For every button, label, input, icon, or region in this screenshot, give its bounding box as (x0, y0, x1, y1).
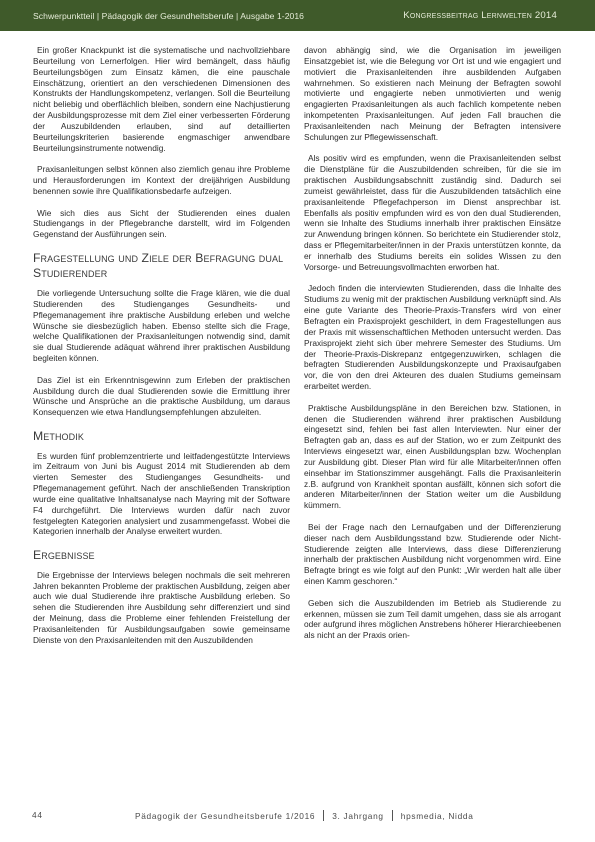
paragraph: Geben sich die Auszubildenden im Betrieb… (304, 598, 561, 641)
page-number: 44 (32, 810, 43, 820)
header-section-label: Schwerpunktteil | Pädagogik der Gesundhe… (33, 11, 304, 21)
paragraph: Das Ziel ist ein Erkenntnisgewinn zum Er… (33, 375, 290, 418)
paragraph: davon abhängig sind, wie die Organisatio… (304, 45, 561, 143)
footer-citation: Pädagogik der Gesundheitsberufe 1/2016 3… (135, 810, 474, 821)
paragraph: Praxisanleitungen selbst können also zie… (33, 164, 290, 197)
right-column: davon abhängig sind, wie die Organisatio… (304, 45, 561, 797)
paragraph: Die vorliegende Untersuchung sollte die … (33, 288, 290, 364)
footer-journal: Pädagogik der Gesundheitsberufe 1/2016 (135, 811, 315, 821)
paragraph: Es wurden fünf problemzentrierte und lei… (33, 451, 290, 538)
left-column: Ein großer Knackpunkt ist die systematis… (33, 45, 290, 797)
paragraph: Als positiv wird es empfunden, wenn die … (304, 153, 561, 272)
header-series-label: Kongressbeitrag Lernwelten 2014 (403, 10, 557, 21)
section-heading-methodik: Methodik (33, 429, 290, 445)
section-heading-fragestellung: Fragestellung und Ziele der Befragung du… (33, 251, 290, 282)
paragraph: Jedoch finden die interviewten Studieren… (304, 283, 561, 391)
paragraph: Die Ergebnisse der Interviews belegen no… (33, 570, 290, 646)
footer-volume: 3. Jahrgang (332, 811, 384, 821)
article-body: Ein großer Knackpunkt ist die systematis… (33, 45, 561, 797)
footer-divider (323, 810, 324, 821)
running-header: Schwerpunktteil | Pädagogik der Gesundhe… (0, 0, 595, 31)
paragraph: Praktische Ausbildungspläne in den Berei… (304, 403, 561, 511)
paragraph: Wie sich dies aus Sicht der Studierenden… (33, 208, 290, 241)
paragraph: Bei der Frage nach den Lernaufgaben und … (304, 522, 561, 587)
footer-publisher: hpsmedia, Nidda (401, 811, 474, 821)
running-footer: 44 Pädagogik der Gesundheitsberufe 1/201… (0, 806, 595, 826)
section-heading-ergebnisse: Ergebnisse (33, 548, 290, 564)
paragraph: Ein großer Knackpunkt ist die systematis… (33, 45, 290, 153)
footer-divider (392, 810, 393, 821)
